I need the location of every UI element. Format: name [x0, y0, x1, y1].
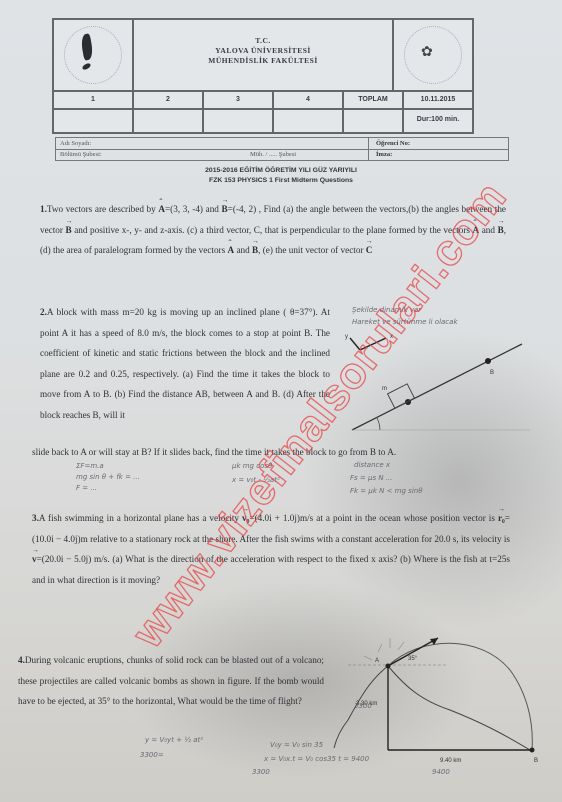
- handwritten-note: mg sin θ + fk = ...: [76, 473, 140, 481]
- handwritten-note: 3300: [354, 702, 372, 710]
- mass-label: m: [382, 386, 387, 392]
- institution-line: YALOVA ÜNİVERSİTESİ: [134, 46, 392, 56]
- institution-line: MÜHENDİSLİK FAKÜLTESİ: [134, 56, 392, 66]
- institution-line: T.C.: [134, 36, 392, 46]
- name-label: Adı Soyadı:: [56, 138, 91, 149]
- student-no-label: Öğrenci No:: [372, 138, 410, 149]
- question-1: 1.Two vectors are described by A=(3, 3, …: [40, 199, 506, 261]
- exam-header: T.C. YALOVA ÜNİVERSİTESİ MÜHENDİSLİK FAK…: [52, 18, 474, 134]
- handwritten-note: F = ...: [76, 484, 97, 492]
- question-2-continued: slide back to A or will stay at B? If it…: [32, 442, 512, 463]
- student-info-table: Adı Soyadı: Öğrenci No: Bölümü Şubesi: M…: [55, 137, 509, 161]
- handwritten-note: 9400: [432, 768, 450, 776]
- seal-ring-icon: [404, 26, 462, 84]
- handwritten-note: ΣF=m.a: [76, 462, 104, 470]
- exam-term: 2015-2016 EĞİTİM ÖĞRETİM YILI GÜZ YARIYI…: [0, 167, 562, 174]
- score-cell: [274, 110, 344, 132]
- signature-label: İmza:: [372, 149, 392, 160]
- exam-duration: Dur:100 min.: [404, 110, 472, 132]
- y-axis-label: y: [345, 334, 348, 340]
- distance-label: 9.40 km: [440, 758, 461, 764]
- point-a-label: A: [375, 658, 379, 664]
- handwritten-note: x = V₀x.t = V₀ cos35 t = 9400: [264, 755, 369, 763]
- handwritten-note: Hareket ve sürtünme li olacak: [352, 318, 458, 326]
- faculty-logo: ✿: [392, 20, 472, 90]
- handwritten-note: Fk = μk N < mg sinθ: [350, 487, 422, 495]
- handwritten-note: 3300: [252, 768, 270, 776]
- grade-score-row: Dur:100 min.: [54, 108, 472, 132]
- score-cell: [134, 110, 204, 132]
- angle-label: 35°: [408, 656, 418, 662]
- handwritten-note: V₀y = V₀ sin 35: [270, 741, 323, 749]
- question-2: 2.A block with mass m=20 kg is moving up…: [40, 302, 330, 425]
- department-suffix: Müh. / ..... Şubesi: [246, 149, 296, 160]
- score-cell: [204, 110, 274, 132]
- seal-ring-icon: [64, 26, 122, 84]
- institution-title: T.C. YALOVA ÜNİVERSİTESİ MÜHENDİSLİK FAK…: [134, 36, 392, 66]
- question-4: 4.During volcanic eruptions, chunks of s…: [18, 650, 324, 712]
- handwritten-note: Fs = μs N ...: [350, 474, 392, 482]
- handwritten-note: y = V₀yt + ½ at²: [145, 736, 203, 744]
- handwritten-note: Şekilde dinamik var: [352, 306, 421, 314]
- score-cell: [344, 110, 404, 132]
- question-3: 3.A fish swimming in a horizontal plane …: [32, 508, 510, 590]
- university-logo: [54, 20, 134, 90]
- handwritten-note: μk mg cosθ: [232, 462, 272, 470]
- department-label: Bölümü Şubesi:: [56, 149, 102, 160]
- point-b-label: B: [490, 370, 494, 376]
- inclined-plane-figure: B m y x: [340, 330, 540, 440]
- x-axis-label: x: [390, 334, 393, 340]
- exam-course: FZK 153 PHYSICS 1 First Midterm Question…: [0, 177, 562, 184]
- handwritten-note: x = v₀t - ½at²: [232, 476, 280, 484]
- flower-icon: ✿: [421, 44, 433, 61]
- point-b-label: B: [534, 758, 538, 764]
- handwritten-note: distance x: [354, 461, 390, 469]
- handwritten-note: 3300=: [140, 751, 164, 759]
- score-cell: [54, 110, 134, 132]
